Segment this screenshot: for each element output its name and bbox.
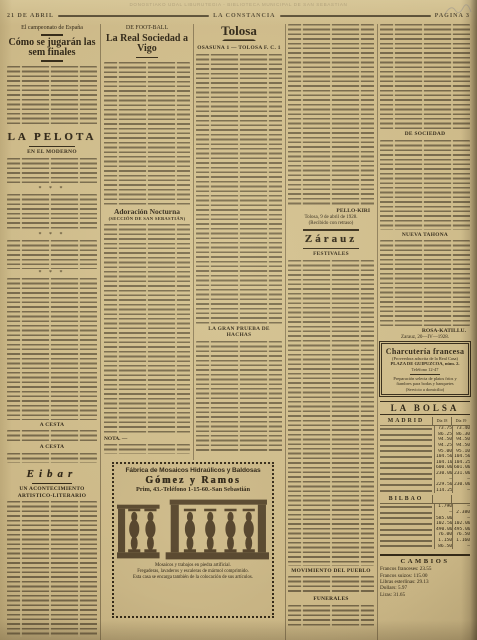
- bolsa-col-header: [432, 495, 451, 503]
- subhead-de-sociedad: DE SOCIEDAD: [380, 131, 470, 138]
- illegible-security-name: [380, 534, 432, 536]
- heading-la-bolsa: LA BOLSA: [380, 401, 470, 415]
- illegible-text-block: [7, 240, 97, 269]
- illegible-text-block: [288, 605, 374, 627]
- illegible-security-name: [380, 523, 432, 525]
- signature-rosa-katillu: ROSA-KATILLU.: [380, 328, 470, 335]
- exchange-rate-line: Liras: 31.65: [380, 592, 470, 598]
- illegible-security-name: [380, 462, 432, 464]
- currency-label: Libras esterlinas:: [380, 579, 416, 585]
- column-rule-1: [100, 24, 101, 640]
- currency-value: 29.13: [417, 579, 429, 585]
- illegible-text-block: [7, 278, 97, 420]
- ad-mosaic-factory: Fábrica de Mosaicos Hidraúlicos y Baldos…: [112, 462, 274, 618]
- paragraph-separator: * * *: [7, 271, 97, 276]
- bolsa-bilbao-table: 1.790 — — 2.380 585.00 — 102.50: [380, 504, 470, 549]
- handwritten-mark: [443, 2, 473, 18]
- rule: [303, 229, 359, 231]
- rule: [41, 34, 63, 36]
- illegible-security-name: [380, 434, 432, 436]
- subhead-funerales: FUNERALES: [288, 596, 374, 603]
- subhead-en-el-moderno: EN EL MODERNO: [7, 149, 97, 156]
- illegible-text-block: [288, 576, 374, 594]
- rule: [303, 248, 359, 250]
- ad-brand: Gómez y Ramos: [117, 475, 269, 486]
- quote-value: 114.25: [434, 488, 452, 494]
- illegible-security-name: [380, 456, 432, 458]
- bolsa-row: 114.25 —: [380, 488, 470, 494]
- library-stamp: DONOSTIAKO UDAL LIBURUTEGIA - BIBLIOTECA…: [0, 2, 477, 7]
- illegible-security-name: [380, 545, 432, 547]
- illegible-text-block: [380, 24, 470, 129]
- illegible-security-name: [380, 490, 432, 492]
- illegible-security-name: [380, 540, 432, 542]
- illegible-security-name: [380, 450, 432, 452]
- rule: [136, 57, 158, 59]
- balustrade-illustration: [117, 496, 269, 562]
- masthead-rule-right: [280, 15, 431, 17]
- currency-label: Francos franceses:: [380, 566, 418, 572]
- tapered-rule: [222, 39, 256, 41]
- rule: [29, 146, 75, 148]
- illegible-security-name: [380, 484, 432, 486]
- illegible-security-name: [380, 512, 432, 514]
- ad-line: Fregaderas, lavaderos y escaleras de már…: [117, 569, 269, 575]
- currency-label: Dollars:: [380, 585, 397, 591]
- dateline: Zarauz, 20—IV—1928.: [380, 335, 470, 341]
- illegible-security-name: [380, 517, 432, 519]
- bolsa-col-header: [451, 495, 470, 503]
- ad-charcuterie: Charcutería francesa (Proveedora adscrit…: [381, 343, 469, 396]
- cambios-list: Francos franceses: 23.55 Francos suizos:…: [380, 566, 470, 598]
- heading-eibar: Eibar: [7, 468, 97, 481]
- illegible-security-name: [380, 439, 432, 441]
- delayed-note: (Recibido con retraso): [288, 221, 374, 227]
- heading-cambios: CAMBIOS: [380, 554, 470, 566]
- ad-address: Prim, 43.-Teléfono 1-15-60.-San Sebastiá…: [117, 486, 269, 494]
- illegible-security-name: [380, 473, 432, 475]
- paragraph-separator: * * *: [7, 233, 97, 238]
- bolsa-bilbao-header: BILBAO: [380, 495, 470, 504]
- illegible-text-block: [7, 194, 97, 231]
- illegible-text-block: [104, 224, 190, 434]
- illegible-security-name: [380, 445, 432, 447]
- quote-value: —: [452, 488, 470, 494]
- label-a-cesta: A CESTA: [7, 444, 97, 451]
- ad-title: Charcutería francesa: [384, 347, 466, 356]
- headline-tolosa: Tolosa: [196, 24, 282, 37]
- subhead-eibar: UN ACONTECIMIENTO ARTISTICO-LITERARIO: [7, 486, 97, 499]
- newspaper-title: LA CONSTANCIA: [213, 13, 275, 19]
- article-kicker: DE FOOT-BALL: [104, 24, 190, 32]
- ad-line: (Servicio a domicilio): [384, 387, 466, 392]
- ad-title: Fábrica de Mosaicos Hidraúlicos y Baldos…: [117, 467, 269, 475]
- illegible-security-name: [380, 506, 432, 508]
- label-a-cesta: A CESTA: [7, 422, 97, 429]
- illegible-text-block: [7, 501, 97, 637]
- quote-value: 86.50: [434, 544, 452, 550]
- column-4: PELLO-KIRI Tolosa, 9 de abril de 1928. (…: [288, 24, 374, 629]
- illegible-security-name: [380, 478, 432, 480]
- headline-real-sociedad: La Real Sociedad a Vigo: [104, 34, 190, 55]
- column-1: El campeonato de España Cómo se jugarán …: [7, 24, 97, 639]
- heading-adoracion-nocturna: Adoración Nocturna: [104, 208, 190, 216]
- quote-value: —: [452, 544, 470, 550]
- illegible-text-block: [288, 260, 374, 566]
- bolsa-place-label: BILBAO: [380, 495, 432, 503]
- newspaper-page: DONOSTIAKO UDAL LIBURUTEGIA - BIBLIOTECA…: [0, 0, 477, 640]
- illegible-text-block: [288, 24, 374, 206]
- currency-label: Francos suizos:: [380, 573, 412, 579]
- bolsa-col-header: Día 18: [432, 417, 451, 425]
- illegible-text-block: [196, 341, 282, 453]
- illegible-text-block: [196, 54, 282, 324]
- rule: [41, 60, 63, 62]
- rule: [32, 483, 72, 485]
- column-3: Tolosa OSASUNA 1 — TOLOSA F. C. 1 LA GRA…: [196, 24, 282, 455]
- bolsa-place-label: MADRID: [380, 417, 432, 425]
- signature-pello-kiri: PELLO-KIRI: [288, 208, 374, 215]
- ad-line: Teléfono 12-47: [384, 367, 466, 372]
- illegible-text-block: [380, 240, 470, 326]
- subhead-movimiento: MOVIMIENTO DEL PUEBLO: [288, 568, 374, 575]
- heading-zarauz: Zárauz: [288, 233, 374, 246]
- illegible-text-block: [7, 430, 97, 442]
- currency-value: 5.97: [398, 585, 407, 591]
- illegible-text-block: [7, 158, 97, 185]
- illegible-security-name: [380, 467, 432, 469]
- illegible-text-block: [104, 62, 190, 206]
- label-nota: NOTA. —: [104, 436, 190, 442]
- paragraph-separator: * * *: [7, 187, 97, 192]
- illegible-text-block: [104, 444, 190, 454]
- bolsa-col-header: Día 19: [451, 417, 470, 425]
- currency-value: 31.65: [393, 592, 405, 598]
- edition-date: 21 DE ABRIL: [7, 13, 54, 19]
- subhead-seccion: (SECCIÓN DE SAN SEBASTIÁN): [104, 216, 190, 223]
- illegible-security-name: [380, 428, 432, 430]
- column-2: DE FOOT-BALL La Real Sociedad a Vigo Ado…: [104, 24, 190, 456]
- rule: [410, 374, 440, 375]
- currency-label: Liras:: [380, 592, 392, 598]
- subhead-prueba-hachas: LA GRAN PRUEBA DE HACHAS: [196, 326, 282, 339]
- column-rule-3: [285, 24, 286, 640]
- ad-line: Esta casa se encarga también de la coloc…: [117, 575, 269, 581]
- column-rule-4: [377, 24, 378, 640]
- match-result-line: OSASUNA 1 — TOLOSA F. C. 1: [196, 45, 282, 52]
- illegible-text-block: [7, 66, 97, 126]
- currency-value: 115.00: [413, 573, 427, 579]
- illegible-security-name: [380, 529, 432, 531]
- column-rule-2: [193, 24, 194, 460]
- heading-la-pelota: LA PELOTA: [7, 131, 97, 144]
- currency-value: 23.55: [420, 566, 432, 572]
- masthead: 21 DE ABRIL LA CONSTANCIA PAGINA 3: [7, 13, 470, 19]
- bolsa-row: 86.50 —: [380, 544, 470, 550]
- illegible-text-block: [380, 140, 470, 230]
- subhead-festivales: FESTIVALES: [288, 251, 374, 258]
- ad-line: PLAZA DE GUIPUZCOA, núm. 2.: [384, 361, 466, 367]
- column-5: DE SOCIEDAD NUEVA TAHONA ROSA-KATILLU. Z…: [380, 24, 470, 598]
- bolsa-madrid-table: 73.75 73.40 86.25 86.30 94.50 94.50: [380, 426, 470, 493]
- article-kicker: El campeonato de España: [7, 24, 97, 32]
- bolsa-madrid-header: MADRID Día 18 Día 19: [380, 417, 470, 426]
- illegible-text-block: [7, 453, 97, 463]
- masthead-rule-left: [58, 15, 209, 17]
- headline-semifinales: Cómo se jugarán las sem finales: [7, 38, 97, 59]
- subhead-nueva-tahona: NUEVA TAHONA: [380, 232, 470, 239]
